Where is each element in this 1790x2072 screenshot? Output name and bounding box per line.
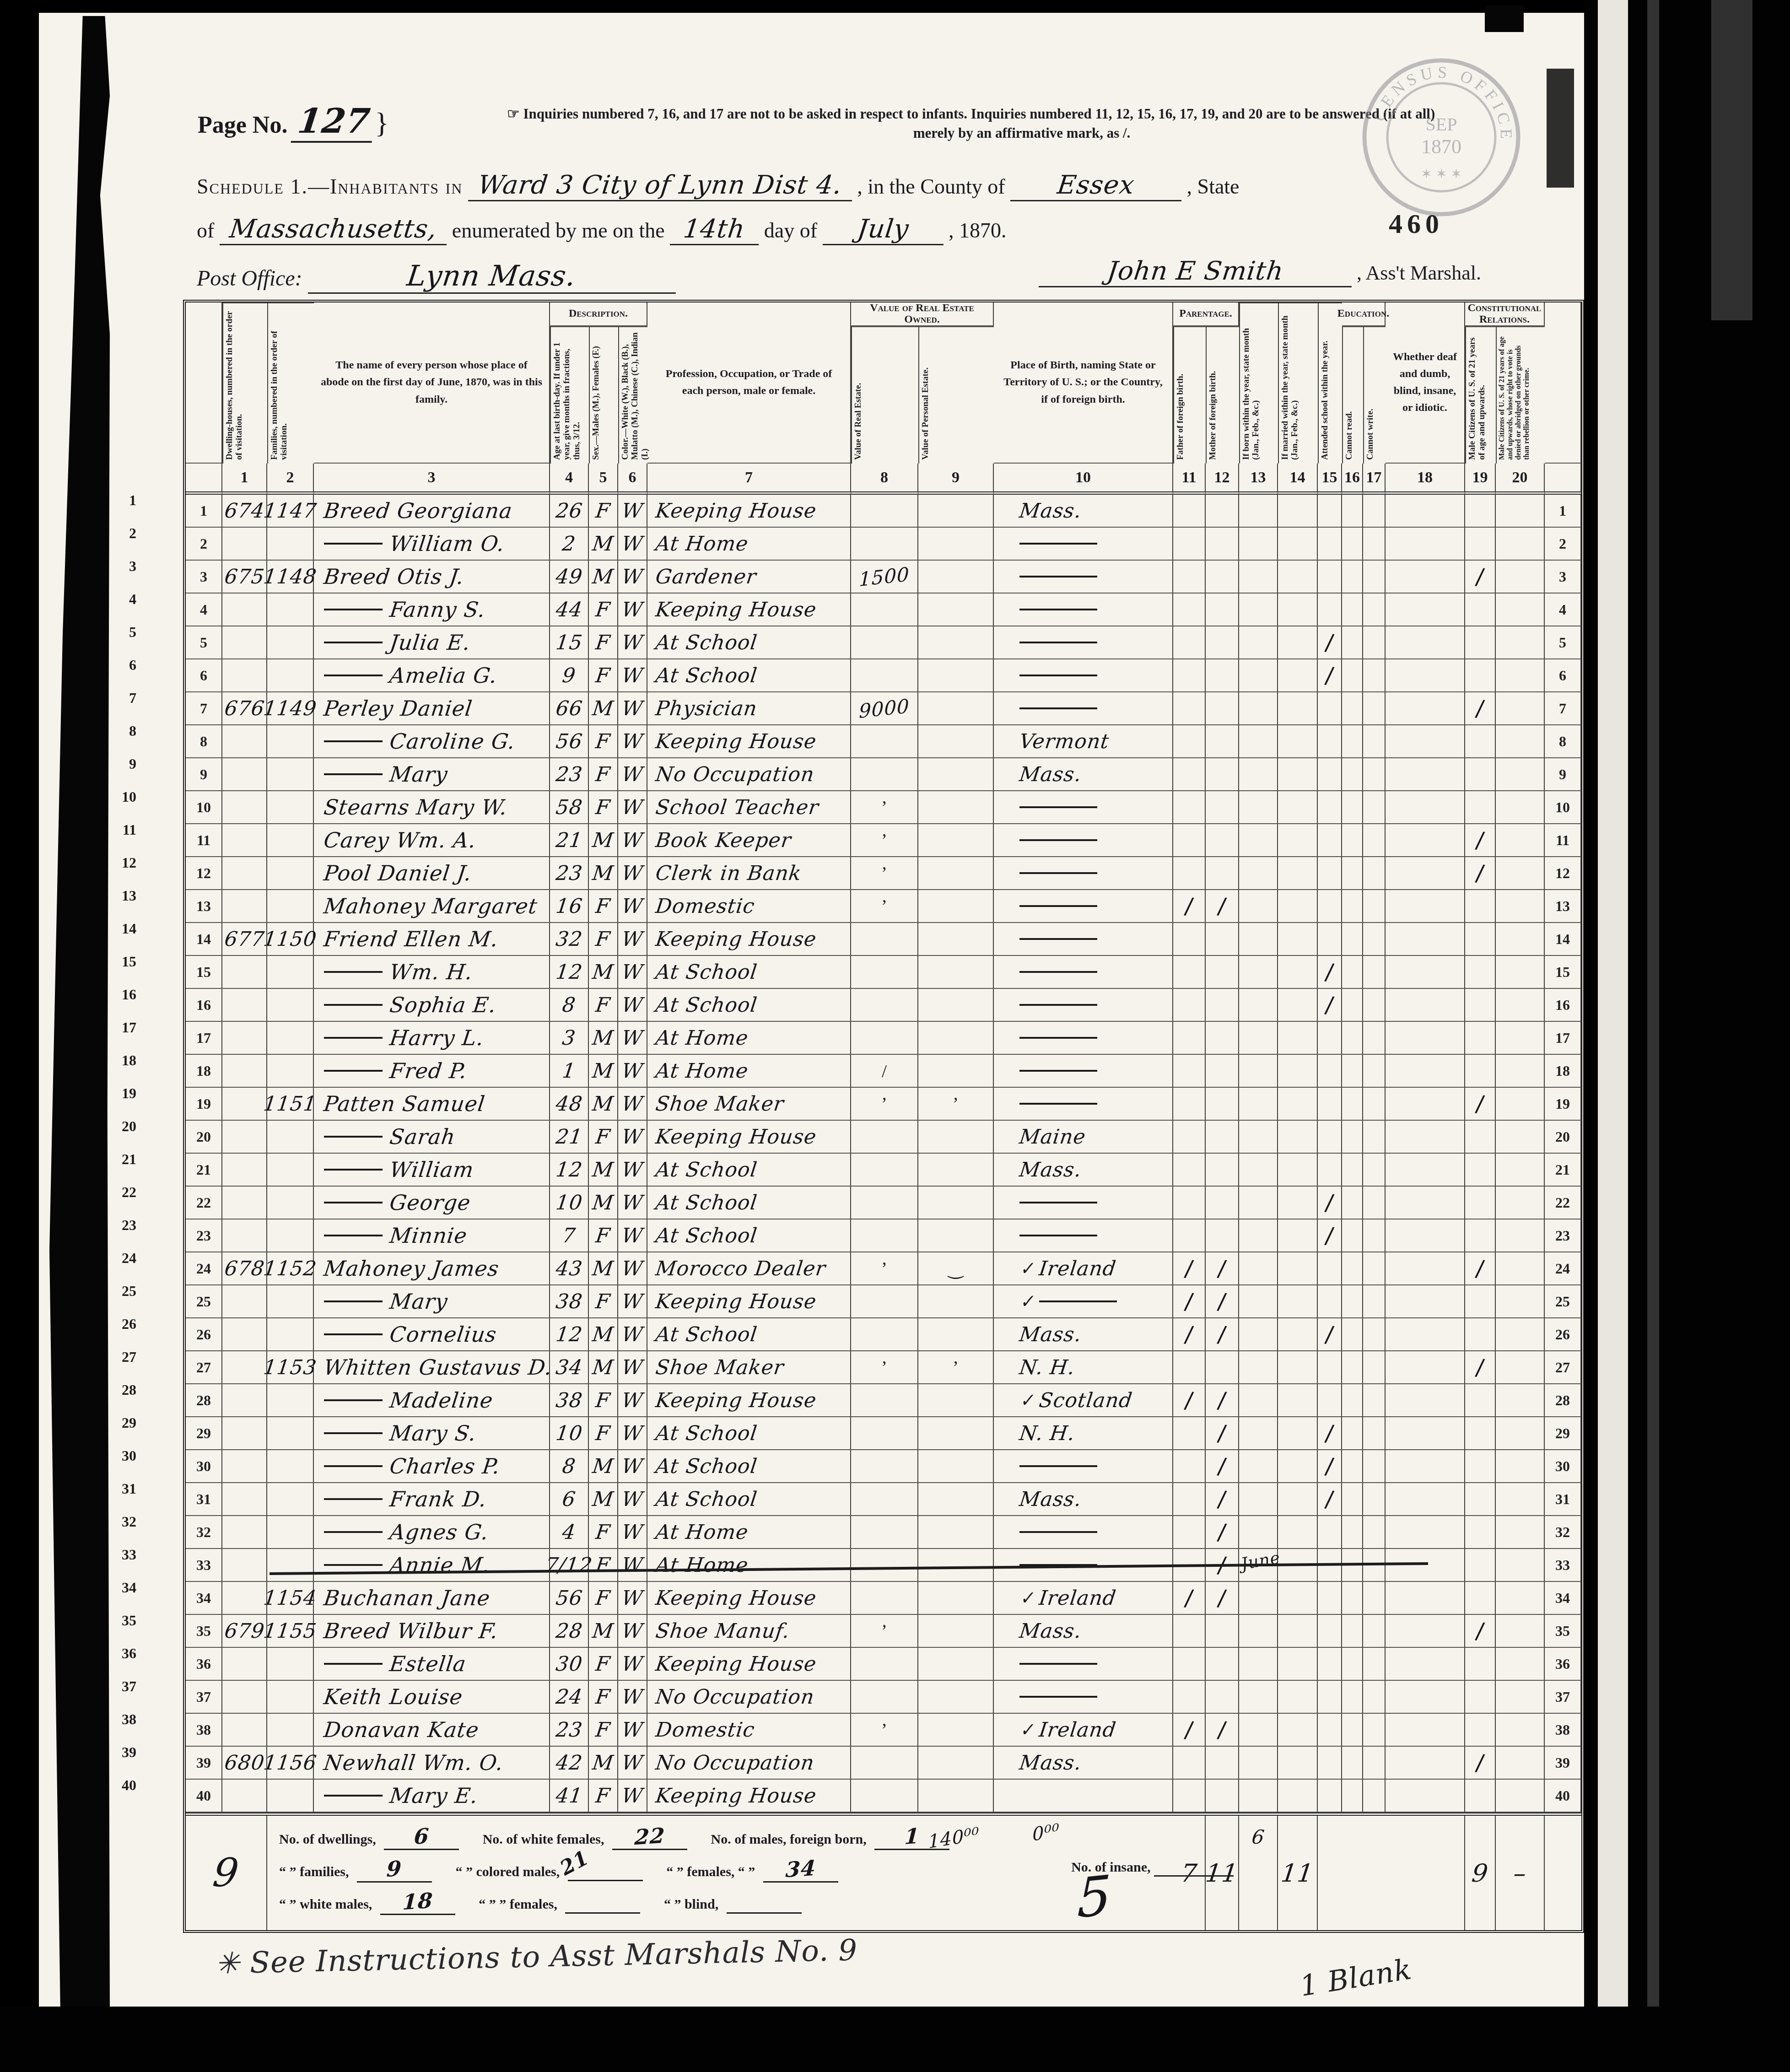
cell-age: 49: [550, 561, 589, 594]
cell-personal-estate: [918, 956, 994, 989]
table-row: 17Harry L.3MWAt Home17: [186, 1022, 1581, 1055]
cell-denied-vote: [1496, 989, 1545, 1022]
cell-father-foreign: [1173, 1351, 1206, 1384]
margin-row-number: 10: [104, 788, 136, 821]
margin-row-number: 25: [104, 1283, 136, 1316]
table-row: 26Cornelius12MWAt SchoolMass.///26: [186, 1318, 1581, 1351]
ditto-dash: [324, 971, 383, 973]
cell-family: [267, 1154, 314, 1187]
cell-born-month: [1239, 1648, 1278, 1681]
cell-cannot-read: [1342, 1681, 1363, 1714]
cell-name: Donavan Kate: [314, 1714, 550, 1747]
cell-disability: [1386, 758, 1465, 791]
cell-age: 23: [550, 758, 589, 791]
cell-color: W: [618, 1681, 647, 1714]
cell-denied-vote: [1496, 1285, 1545, 1318]
row-number-left: 7: [186, 692, 222, 725]
cell-cannot-write: [1363, 1318, 1386, 1351]
cell-cannot-read: [1342, 1121, 1363, 1154]
row-number-left: 19: [186, 1088, 222, 1121]
cell-occupation: Keeping House: [647, 594, 851, 626]
cell-mother-foreign: [1206, 561, 1239, 594]
cell-family: [267, 1516, 314, 1549]
cell-personal-estate: [918, 495, 994, 528]
cell-occupation: At School: [647, 956, 851, 989]
cell-personal-estate: [918, 626, 994, 659]
cell-name: Frank D.: [314, 1483, 550, 1516]
cell-married-month: [1278, 1483, 1318, 1516]
birth-ditto-dash: [1019, 1564, 1097, 1566]
cell-disability: [1386, 1285, 1465, 1318]
cell-age: 56: [550, 725, 589, 758]
cell-disability: [1386, 692, 1465, 725]
cell-married-month: [1278, 1022, 1318, 1055]
birth-ditto-dash: [1019, 543, 1097, 545]
cell-father-foreign: [1173, 561, 1206, 594]
cell-sex: F: [589, 1780, 618, 1813]
table-row: 11Carey Wm. A.21MWBook Keeperʼ/11: [186, 824, 1581, 857]
footer-tally-male-citizens: 9: [1465, 1816, 1496, 1930]
white-females-label: No. of white females,: [483, 1832, 604, 1847]
birth-ditto-dash: [1019, 674, 1097, 676]
row-number-right: 40: [1545, 1780, 1581, 1813]
cell-family: 1149: [267, 692, 314, 725]
cell-disability: [1386, 1615, 1465, 1648]
cell-male-citizen: [1465, 923, 1496, 956]
cell-name: Mary S.: [314, 1417, 550, 1450]
cell-dwelling: [222, 857, 267, 890]
cell-name: Minnie: [314, 1219, 550, 1252]
column-number-5: 5: [589, 464, 618, 495]
cell-family: [267, 857, 314, 890]
cell-color: W: [618, 1121, 647, 1154]
cell-cannot-write: [1363, 857, 1386, 890]
cell-family: [267, 1483, 314, 1516]
margin-row-number: 17: [104, 1019, 136, 1052]
scan-blot: [1485, 5, 1524, 32]
column-header-6: Color.—White (W.), Black (B.), Mulatto (…: [618, 326, 647, 464]
cell-real-estate: [851, 1022, 918, 1055]
cell-male-citizen: [1465, 1154, 1496, 1187]
cell-cannot-write: [1363, 1450, 1386, 1483]
district-field: Ward 3 City of Lynn Dist 4.: [476, 170, 844, 200]
cell-personal-estate: [918, 1615, 994, 1648]
colored-males-label: “ ” colored males,: [455, 1864, 560, 1879]
cell-mother-foreign: [1206, 1154, 1239, 1187]
cell-attended-school: [1318, 1252, 1342, 1285]
cell-father-foreign: /: [1173, 1285, 1206, 1318]
cell-denied-vote: [1496, 1615, 1545, 1648]
cell-personal-estate: [918, 1483, 994, 1516]
cell-color: W: [618, 824, 647, 857]
margin-row-number: 28: [104, 1381, 136, 1414]
cell-personal-estate: [918, 1187, 994, 1219]
cell-male-citizen: [1465, 594, 1496, 626]
cell-father-foreign: [1173, 1648, 1206, 1681]
cell-birthplace: [994, 1516, 1173, 1549]
cell-dwelling: [222, 1318, 267, 1351]
column-header-3: The name of every person whose place of …: [314, 302, 550, 464]
cell-birthplace: Mass.: [994, 758, 1173, 791]
marshal-signature: John E Smith: [1105, 256, 1285, 286]
cell-disability: [1386, 1252, 1465, 1285]
row-number-left: 11: [186, 824, 222, 857]
cell-born-month: [1239, 890, 1278, 923]
cell-real-estate: [851, 1780, 918, 1813]
table-row: 4Fanny S.44FWKeeping House4: [186, 594, 1581, 626]
stamp-year: 1870: [1421, 135, 1461, 158]
cell-cannot-write: [1363, 495, 1386, 528]
cell-real-estate: [851, 1384, 918, 1417]
cell-mother-foreign: /: [1206, 1285, 1239, 1318]
cell-denied-vote: [1496, 890, 1545, 923]
cell-cannot-write: [1363, 1384, 1386, 1417]
cell-color: W: [618, 1747, 647, 1780]
cell-disability: [1386, 1681, 1465, 1714]
cell-dwelling: 680: [222, 1747, 267, 1780]
cell-cannot-read: [1342, 1285, 1363, 1318]
cell-birthplace: Mass.: [994, 1747, 1173, 1780]
cell-personal-estate: [918, 1285, 994, 1318]
cell-birthplace: [994, 528, 1173, 561]
cell-sex: M: [589, 1615, 618, 1648]
margin-row-number: 23: [104, 1217, 136, 1250]
cell-cannot-read: [1342, 923, 1363, 956]
cell-real-estate: [851, 528, 918, 561]
cell-married-month: [1278, 923, 1318, 956]
margin-row-number: 20: [104, 1118, 136, 1151]
cell-dwelling: [222, 1219, 267, 1252]
cell-occupation: At Home: [647, 1055, 851, 1088]
cell-real-estate: [851, 626, 918, 659]
cell-dwelling: [222, 659, 267, 692]
tally-value: 6: [1251, 1826, 1266, 1848]
cell-cannot-read: [1342, 1384, 1363, 1417]
birth-ditto-dash: [1019, 1202, 1097, 1203]
males-foreign-value: 1: [904, 1824, 920, 1849]
cell-birthplace: [994, 561, 1173, 594]
cell-married-month: [1278, 956, 1318, 989]
row-number-right: 19: [1545, 1088, 1581, 1121]
header-num-blank-left: [186, 464, 222, 495]
cell-mother-foreign: [1206, 1121, 1239, 1154]
cell-father-foreign: [1173, 626, 1206, 659]
cell-father-foreign: [1173, 923, 1206, 956]
row-number-left: 16: [186, 989, 222, 1022]
cell-born-month: [1239, 791, 1278, 824]
cell-mother-foreign: [1206, 824, 1239, 857]
cell-birthplace: [994, 1780, 1173, 1813]
cell-age: 26: [550, 495, 589, 528]
ditto-dash: [324, 1004, 383, 1006]
column-header-19: Male Citizens of U. S. of 21 years of ag…: [1465, 326, 1496, 464]
cell-born-month: [1239, 1318, 1278, 1351]
cell-real-estate: [851, 1681, 918, 1714]
cell-denied-vote: [1496, 1318, 1545, 1351]
stamp-month: SEP: [1426, 114, 1457, 135]
cell-born-month: [1239, 1582, 1278, 1615]
cell-name: Charles P.: [314, 1450, 550, 1483]
cell-real-estate: [851, 989, 918, 1022]
cell-dwelling: [222, 1187, 267, 1219]
birth-ditto-dash: [1039, 1300, 1117, 1302]
cell-occupation: At School: [647, 1450, 851, 1483]
cell-mother-foreign: /: [1206, 890, 1239, 923]
margin-row-number: 19: [104, 1085, 136, 1118]
column-header-7: Profession, Occupation, or Trade of each…: [647, 302, 851, 464]
ditto-dash: [324, 609, 383, 610]
cell-male-citizen: [1465, 1714, 1496, 1747]
cell-occupation: Physician: [647, 692, 851, 725]
cell-color: W: [618, 1318, 647, 1351]
cell-mother-foreign: [1206, 495, 1239, 528]
cell-father-foreign: [1173, 594, 1206, 626]
cell-married-month: [1278, 791, 1318, 824]
cell-attended-school: [1318, 1516, 1342, 1549]
cell-male-citizen: [1465, 989, 1496, 1022]
cell-born-month: [1239, 626, 1278, 659]
cell-father-foreign: [1173, 692, 1206, 725]
cell-real-estate: ʼ: [851, 857, 918, 890]
row-number-right: 2: [1545, 528, 1581, 561]
cell-birthplace: [994, 626, 1173, 659]
footer-line-3: “ ” white males, 18 “ ” ” females, “ ” b…: [279, 1889, 1169, 1915]
cell-birthplace: [994, 594, 1173, 626]
row-number-right: 37: [1545, 1681, 1581, 1714]
cell-dwelling: [222, 1351, 267, 1384]
margin-row-number: 22: [104, 1184, 136, 1217]
table-row: 8Caroline G.56FWKeeping HouseVermont8: [186, 725, 1581, 758]
cell-personal-estate: [918, 890, 994, 923]
row-number-right: 15: [1545, 956, 1581, 989]
ditto-dash: [324, 1070, 383, 1072]
cell-married-month: [1278, 725, 1318, 758]
cell-birthplace: [994, 1450, 1173, 1483]
cell-cannot-read: [1342, 758, 1363, 791]
birth-ditto-dash: [1019, 938, 1097, 940]
cell-age: 12: [550, 1154, 589, 1187]
cell-real-estate: [851, 594, 918, 626]
column-number-1: 1: [222, 464, 267, 495]
cell-birthplace: N. H.: [994, 1417, 1173, 1450]
outer-margin-row-numbers: 1234567891011121314151617181920212223242…: [104, 492, 136, 1810]
cell-personal-estate: [918, 923, 994, 956]
cell-disability: [1386, 989, 1465, 1022]
cell-color: W: [618, 1450, 647, 1483]
cell-cannot-read: [1342, 626, 1363, 659]
cell-occupation: Domestic: [647, 890, 851, 923]
cell-disability: [1386, 1780, 1465, 1813]
cell-birthplace: [994, 1549, 1173, 1582]
cell-married-month: [1278, 1681, 1318, 1714]
cell-sex: F: [589, 989, 618, 1022]
cell-male-citizen: /: [1465, 1252, 1496, 1285]
cell-denied-vote: [1496, 725, 1545, 758]
birth-ditto-dash: [1019, 1037, 1097, 1039]
column-number-13: 13: [1239, 464, 1278, 495]
cell-attended-school: /: [1318, 626, 1342, 659]
row-number-right: 20: [1545, 1121, 1581, 1154]
cell-married-month: [1278, 1285, 1318, 1318]
cell-sex: F: [589, 1516, 618, 1549]
cell-married-month: [1278, 1088, 1318, 1121]
cell-born-month: [1239, 692, 1278, 725]
cell-sex: F: [589, 758, 618, 791]
column-header-11: Father of foreign birth.: [1173, 326, 1206, 464]
row-number-left: 35: [186, 1615, 222, 1648]
ditto-dash: [324, 740, 383, 742]
cell-attended-school: /: [1318, 1318, 1342, 1351]
cell-cannot-write: [1363, 1285, 1386, 1318]
cell-denied-vote: [1496, 528, 1545, 561]
cell-color: W: [618, 626, 647, 659]
year-label: , 1870.: [949, 219, 1007, 242]
scan-bottom-border: [0, 2007, 1790, 2072]
ditto-dash: [324, 1399, 383, 1401]
row-number-left: 32: [186, 1516, 222, 1549]
cell-sex: M: [589, 1187, 618, 1219]
cell-married-month: [1278, 758, 1318, 791]
cell-married-month: [1278, 1549, 1318, 1582]
cell-married-month: [1278, 1417, 1318, 1450]
cell-personal-estate: [918, 758, 994, 791]
cell-color: W: [618, 1483, 647, 1516]
cell-real-estate: [851, 1549, 918, 1582]
birth-ditto-dash: [1019, 872, 1097, 874]
cell-cannot-read: [1342, 1187, 1363, 1219]
row-number-left: 37: [186, 1681, 222, 1714]
cell-name: Sarah: [314, 1121, 550, 1154]
cell-family: [267, 1055, 314, 1088]
table-row: 16Sophia E.8FWAt School/16: [186, 989, 1581, 1022]
cell-denied-vote: [1496, 1714, 1545, 1747]
state-suffix: , State: [1187, 175, 1240, 198]
page-number-line: Page No. 127}: [198, 102, 389, 143]
cell-color: W: [618, 495, 647, 528]
cell-occupation: Domestic: [647, 1714, 851, 1747]
cell-attended-school: /: [1318, 956, 1342, 989]
females-foreign-label: “ ” females, “ ”: [666, 1864, 755, 1879]
ditto-dash: [324, 1235, 383, 1236]
cell-father-foreign: [1173, 1088, 1206, 1121]
cell-occupation: At Home: [647, 528, 851, 561]
cell-male-citizen: [1465, 1582, 1496, 1615]
cell-age: 4: [550, 1516, 589, 1549]
cell-born-month: [1239, 956, 1278, 989]
column-header-8: Value of Real Estate.: [851, 326, 918, 464]
row-number-right: 7: [1545, 692, 1581, 725]
cell-birthplace: [994, 1187, 1173, 1219]
cell-dwelling: [222, 1516, 267, 1549]
cell-dwelling: [222, 1154, 267, 1187]
cell-name: Wm. H.: [314, 956, 550, 989]
cell-disability: [1386, 561, 1465, 594]
cell-cannot-write: [1363, 1121, 1386, 1154]
cell-family: [267, 1714, 314, 1747]
cell-name: Mary: [314, 1285, 550, 1318]
census-scan: Page No. 127} ☞ Inquiries numbered 7, 16…: [0, 0, 1790, 2072]
cell-born-month: [1239, 1252, 1278, 1285]
row-number-left: 25: [186, 1285, 222, 1318]
cell-cannot-write: [1363, 758, 1386, 791]
margin-row-number: 13: [104, 887, 136, 920]
cell-born-month: [1239, 824, 1278, 857]
cell-cannot-read: [1342, 1615, 1363, 1648]
cell-attended-school: /: [1318, 1450, 1342, 1483]
row-number-left: 29: [186, 1417, 222, 1450]
cell-born-month: [1239, 1384, 1278, 1417]
cell-name: Breed Wilbur F.: [314, 1615, 550, 1648]
cell-real-estate: [851, 1516, 918, 1549]
cell-age: 15: [550, 626, 589, 659]
cell-dwelling: 675: [222, 561, 267, 594]
ditto-dash: [324, 642, 383, 643]
cell-family: [267, 890, 314, 923]
cell-married-month: [1278, 1615, 1318, 1648]
cell-cannot-write: [1363, 1483, 1386, 1516]
cell-birthplace: ✓Ireland: [994, 1714, 1173, 1747]
cell-mother-foreign: [1206, 1747, 1239, 1780]
cell-male-citizen: /: [1465, 1747, 1496, 1780]
cell-color: W: [618, 791, 647, 824]
row-number-left: 15: [186, 956, 222, 989]
cell-birthplace: [994, 1219, 1173, 1252]
cell-married-month: [1278, 1582, 1318, 1615]
cell-male-citizen: [1465, 725, 1496, 758]
cell-married-month: [1278, 594, 1318, 626]
cell-family: [267, 659, 314, 692]
cell-cannot-write: [1363, 725, 1386, 758]
row-number-right: 11: [1545, 824, 1581, 857]
birth-ditto-dash: [1019, 806, 1097, 808]
cell-male-citizen: [1465, 1450, 1496, 1483]
cell-personal-estate: ‿: [918, 1252, 994, 1285]
cell-cannot-write: [1363, 528, 1386, 561]
cell-born-month: June: [1239, 1549, 1278, 1582]
cell-age: 34: [550, 1351, 589, 1384]
cell-cannot-read: [1342, 1549, 1363, 1582]
cell-age: 1: [550, 1055, 589, 1088]
cell-sex: F: [589, 1714, 618, 1747]
cell-birthplace: [994, 1055, 1173, 1088]
cell-real-estate: [851, 1154, 918, 1187]
cell-birthplace: [994, 1681, 1173, 1714]
cell-disability: [1386, 791, 1465, 824]
cell-attended-school: /: [1318, 1219, 1342, 1252]
cell-male-citizen: [1465, 1318, 1496, 1351]
cell-father-foreign: [1173, 1022, 1206, 1055]
birth-ditto-dash: [1019, 1103, 1097, 1105]
cell-color: W: [618, 1187, 647, 1219]
cell-father-foreign: [1173, 824, 1206, 857]
cell-name: Madeline: [314, 1384, 550, 1417]
column-header-14: If married within the year, state month …: [1278, 302, 1318, 464]
cell-cannot-read: [1342, 824, 1363, 857]
margin-row-number: 6: [104, 657, 136, 690]
cell-cannot-write: [1363, 791, 1386, 824]
table-row: 36751148Breed Otis J.49MWGardener1500/3: [186, 561, 1581, 594]
cell-disability: [1386, 528, 1465, 561]
cell-cannot-read: [1342, 956, 1363, 989]
cell-mother-foreign: [1206, 791, 1239, 824]
cell-color: W: [618, 857, 647, 890]
cell-cannot-read: [1342, 989, 1363, 1022]
cell-cannot-write: [1363, 890, 1386, 923]
column-number-2: 2: [267, 464, 314, 495]
cell-family: [267, 1549, 314, 1582]
cell-attended-school: [1318, 1384, 1342, 1417]
cell-father-foreign: /: [1173, 1582, 1206, 1615]
